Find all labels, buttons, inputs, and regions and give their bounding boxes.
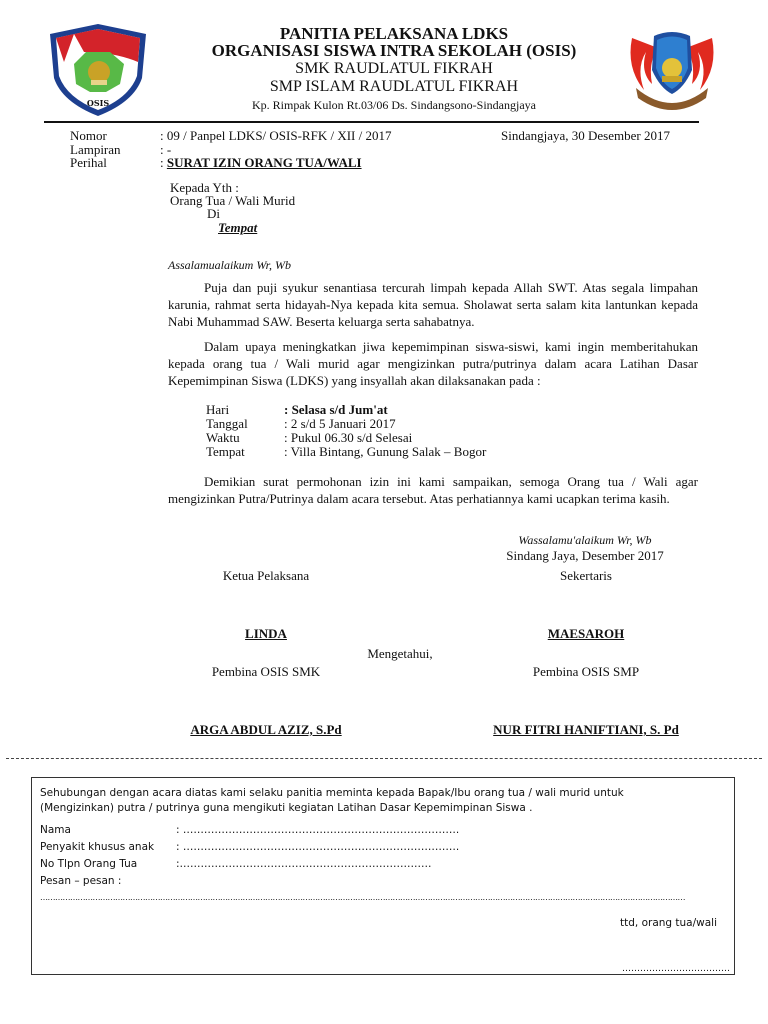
field-penyakit-input[interactable]: : ……………………………………………………………………. <box>176 840 459 854</box>
detail-hari-label: Hari <box>206 402 229 417</box>
reply-intro-line1: Sehubungan dengan acara diatas kami sela… <box>40 786 624 800</box>
signature-label: ttd, orang tua/wali <box>620 916 717 930</box>
name-sekertaris: MAESAROH <box>506 626 666 641</box>
detail-tempat-value: : Villa Bintang, Gunung Salak – Bogor <box>284 444 486 459</box>
recipient-line4: Tempat <box>218 220 257 235</box>
closing-salam: Wassalamu'alaikum Wr, Wb <box>480 533 690 548</box>
detail-waktu-value: : Pukul 06.30 s/d Selesai <box>284 430 412 445</box>
paragraph-3: Demikian surat permohonan izin ini kami … <box>168 473 698 507</box>
paragraph-1: Puja dan puji syukur senantiasa tercurah… <box>168 279 698 330</box>
field-pesan-label: Pesan – pesan : <box>40 874 121 888</box>
perihal-label: Perihal <box>70 155 107 170</box>
greeting: Assalamualaikum Wr, Wb <box>168 258 291 273</box>
perihal-colon: : <box>160 155 167 170</box>
detail-hari-value: : Selasa s/d Jum'at <box>284 402 388 417</box>
name-pembina-smp: NUR FITRI HANIFTIANI, S. Pd <box>476 722 696 737</box>
mengetahui: Mengetahui, <box>330 646 470 661</box>
letter-date: Sindangjaya, 30 Desember 2017 <box>501 128 670 143</box>
detail-waktu-label: Waktu <box>206 430 240 445</box>
signature-line[interactable]: ……………………………… <box>622 962 730 976</box>
field-tlpn-label: No Tlpn Orang Tua <box>40 857 137 871</box>
role-pembina-smk: Pembina OSIS SMK <box>186 664 346 679</box>
detail-tanggal-value: : 2 s/d 5 Januari 2017 <box>284 416 396 431</box>
cut-line-divider <box>6 758 762 759</box>
field-nama-input[interactable]: : ……………………………………………………………………. <box>176 823 459 837</box>
perihal-value: SURAT IZIN ORANG TUA/WALI <box>167 155 362 170</box>
name-ketua: LINDA <box>186 626 346 641</box>
smk-raudlatul-fikrah-logo-icon <box>622 18 722 114</box>
reply-intro-line2: (Mengizinkan) putra / putrinya guna meng… <box>40 801 532 815</box>
recipient-line3: Di <box>207 206 220 221</box>
paragraph-1-text: Puja dan puji syukur senantiasa tercurah… <box>168 280 698 329</box>
field-penyakit-label: Penyakit khusus anak <box>40 840 154 854</box>
detail-tanggal-label: Tanggal <box>206 416 248 431</box>
detail-tempat-label: Tempat <box>206 444 245 459</box>
field-tlpn-input[interactable]: :……………………………………………………………… <box>176 857 432 871</box>
paragraph-3-text: Demikian surat permohonan izin ini kami … <box>168 474 698 506</box>
nomor-label: Nomor <box>70 128 107 143</box>
field-nama-label: Nama <box>40 823 71 837</box>
recipient-line2: Orang Tua / Wali Murid <box>170 193 295 208</box>
nomor-value: : 09 / Panpel LDKS/ OSIS-RFK / XII / 201… <box>160 128 391 143</box>
letterhead-divider <box>44 121 699 123</box>
role-ketua: Ketua Pelaksana <box>186 568 346 583</box>
closing-place-date: Sindang Jaya, Desember 2017 <box>480 548 690 563</box>
name-pembina-smk: ARGA ABDUL AZIZ, S.Pd <box>166 722 366 737</box>
field-pesan-input[interactable]: …………………………………………………………………………………………………………… <box>40 891 718 905</box>
perihal-row: : SURAT IZIN ORANG TUA/WALI <box>160 155 362 170</box>
paragraph-2: Dalam upaya meningkatkan jiwa kepemimpin… <box>168 338 698 389</box>
role-sekertaris: Sekertaris <box>506 568 666 583</box>
role-pembina-smp: Pembina OSIS SMP <box>506 664 666 679</box>
paragraph-2-text: Dalam upaya meningkatkan jiwa kepemimpin… <box>168 339 698 388</box>
